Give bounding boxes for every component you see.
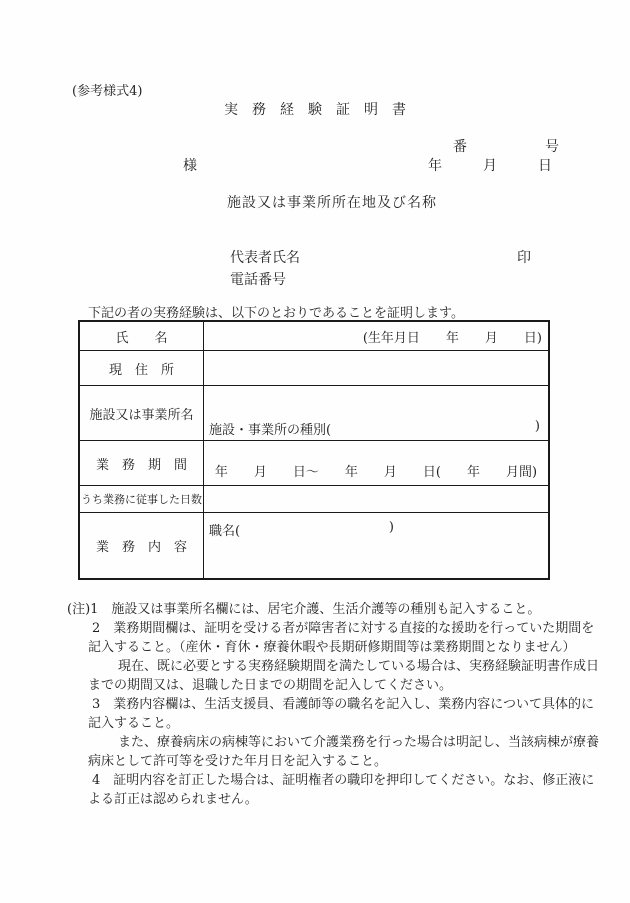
note-line: また、療養病床の病棟等において介護業務を行った場合は明記し、当該病棟が療養	[118, 733, 605, 752]
document-date-line: 年 月 日	[428, 155, 552, 175]
note-line: 3 業務内容欄は、生活支援員、看護師等の職名を記入し、業務内容について具体的に	[92, 695, 605, 714]
row-period-cell: 年 月 日～ 年 月 日( 年 月間)	[204, 440, 548, 485]
date-day-label: 日	[538, 155, 552, 175]
note-line: 4 証明内容を訂正した場合は、証明権者の職印を押印してください。なお、修正液に	[92, 771, 605, 790]
row-name-cell: (生年月日 年 月 日)	[204, 322, 548, 350]
job-title-prefix: 職名(	[209, 520, 240, 539]
row-duties-cell: 職名( )	[204, 512, 548, 578]
date-year-label: 年	[428, 155, 442, 175]
row-period-label: 業 務 期 間	[80, 440, 204, 485]
phone-number-label: 電話番号	[230, 269, 286, 289]
note-line: よる訂正は認められません。	[88, 790, 605, 809]
facility-address-label: 施設又は事業所所在地及び名称	[227, 192, 437, 212]
facility-type-prefix: 施設・事業所の種別(	[209, 419, 331, 438]
document-number-line: 番 号	[453, 136, 559, 156]
row-duties-label: 業 務 内 容	[80, 512, 204, 578]
note-line: 記入すること。	[88, 714, 605, 733]
row-facility-cell: 施設・事業所の種別( )	[204, 385, 548, 440]
number-suffix-label: 号	[545, 136, 559, 156]
experience-table: 氏 名 (生年月日 年 月 日) 現 住 所 施設又は事業所名 施設・事業所の種…	[78, 320, 550, 580]
document-page: (参考様式4) 実 務 経 験 証 明 書 番 号 様 年 月 日 施設又は事業…	[0, 0, 630, 903]
note-line: 記入すること。（産休・育休・療養休暇や長期研修期間等は業務期間となりません）	[88, 638, 605, 657]
row-address-label: 現 住 所	[80, 350, 204, 385]
date-month-label: 月	[483, 155, 497, 175]
form-code: (参考様式4)	[72, 80, 142, 99]
notes-section: (注)1 施設又は事業所名欄には、居宅介護、生活介護等の種別も記入すること。 2…	[60, 600, 605, 809]
note-line: までの期間又は、退職した日までの期間を記入してください。	[88, 676, 605, 695]
facility-type-suffix: )	[535, 419, 540, 438]
job-title-suffix: )	[389, 520, 394, 539]
document-title: 実 務 経 験 証 明 書	[0, 99, 630, 119]
note-line: (注)1 施設又は事業所名欄には、居宅介護、生活介護等の種別も記入すること。	[67, 600, 605, 619]
number-prefix-label: 番	[453, 136, 467, 156]
job-title-line: 職名( )	[209, 520, 394, 539]
representative-name-label: 代表者氏名	[230, 247, 300, 267]
note-line: 2 業務期間欄は、証明を受ける者が障害者に対する直接的な援助を行っていた期間を	[92, 619, 605, 638]
note-line: 病床として許可等を受けた年月日を記入すること。	[88, 752, 605, 771]
row-address-cell	[204, 350, 548, 385]
row-facility-label: 施設又は事業所名	[80, 385, 204, 440]
row-name-label: 氏 名	[80, 322, 204, 350]
addressee-suffix: 様	[183, 155, 197, 175]
certify-statement: 下記の者の実務経験は、以下のとおりであることを証明します。	[88, 302, 464, 321]
seal-label: 印	[517, 247, 531, 267]
row-days-cell	[204, 485, 548, 512]
facility-type-line: 施設・事業所の種別( )	[204, 419, 548, 440]
row-days-label: うち業務に従事した日数	[80, 485, 204, 512]
note-line: 現在、既に必要とする実務経験期間を満たしている場合は、実務経験証明書作成日	[118, 657, 605, 676]
